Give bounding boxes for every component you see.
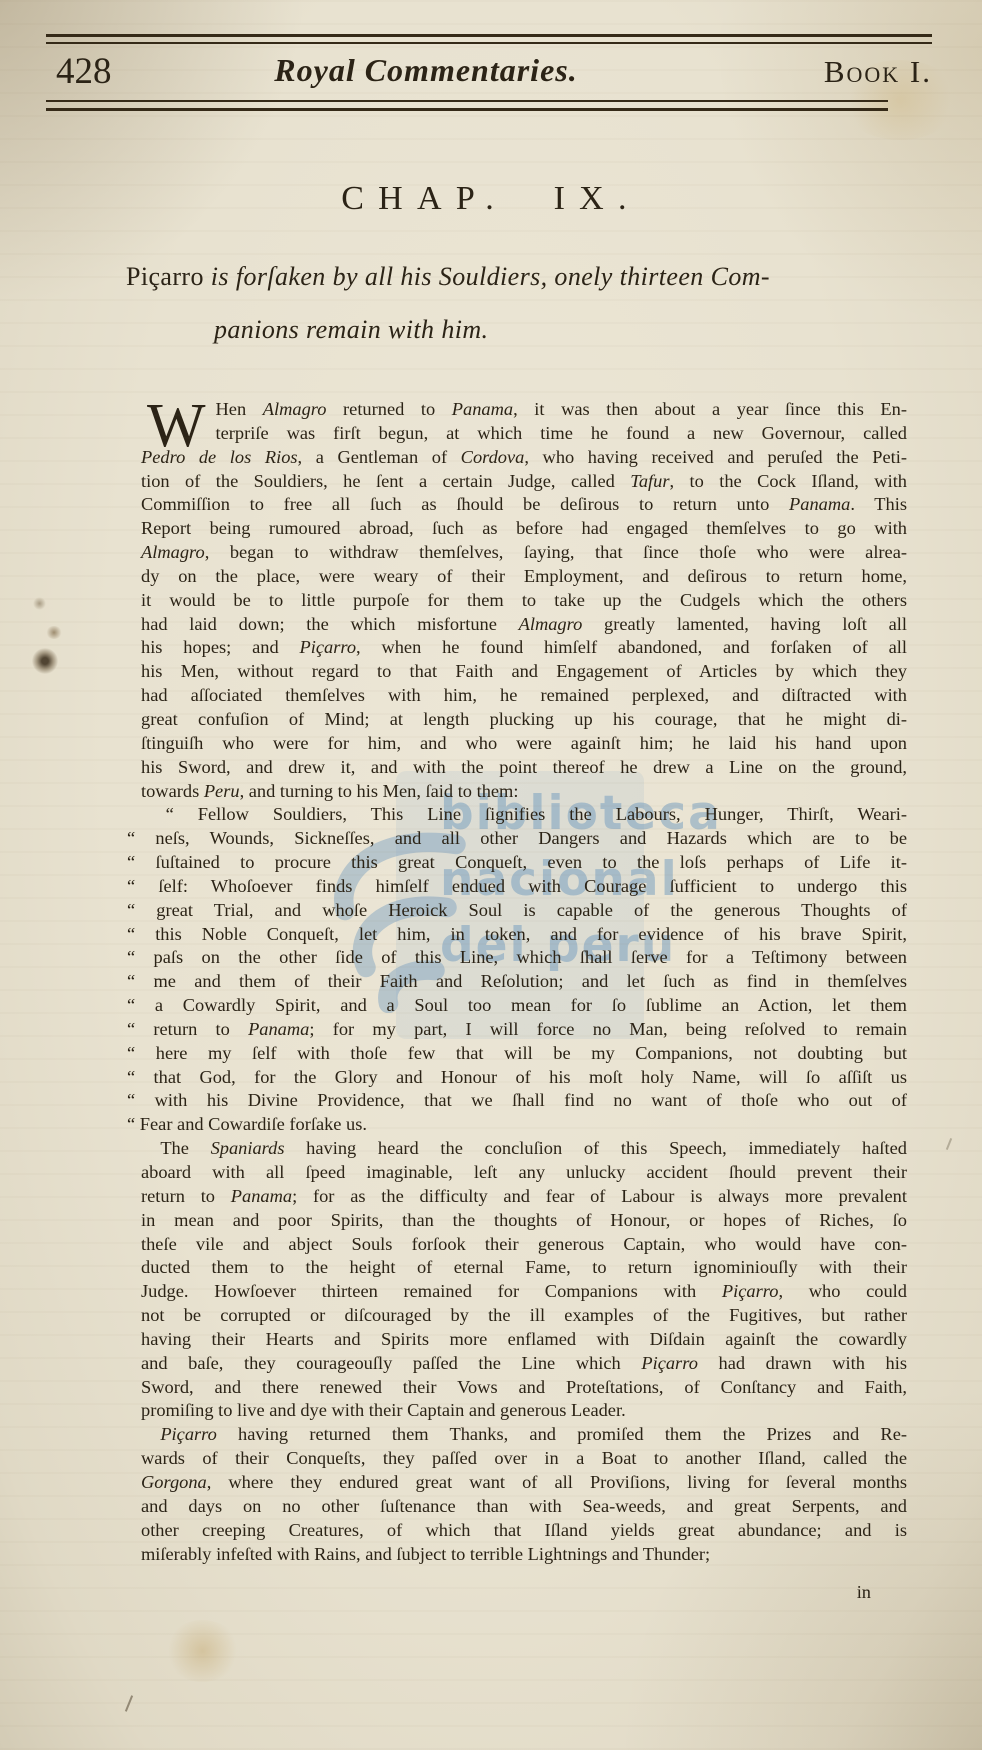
body-line: “ here my ſelf with thoſe few that will … [127,1042,907,1066]
body-line: his Sword, and drew it, and with the poi… [141,756,907,780]
body-line: Hen Almagro returned to Panama, it was t… [141,398,907,422]
body-text: WHen Almagro returned to Panama, it was … [141,398,907,1566]
body-line: “ this Noble Conqueſt, let him, in token… [127,923,907,947]
body-line: not be corrupted or diſcouraged by the i… [141,1304,907,1328]
body-line: “ Fear and Cowardiſe forſake us. [127,1113,907,1137]
ink-spot [33,597,46,610]
pen-scratch [125,1695,133,1712]
body-line: in mean and poor Spirits, than the thoug… [141,1209,907,1233]
body-line: ducted them to the height of eternal Fam… [141,1256,907,1280]
body-line: his Men, without regard to that Faith an… [141,660,907,684]
pen-scratch [946,1138,952,1150]
body-line: terpriſe was firſt begun, at which time … [141,422,907,446]
body-line: miſerably infeſted with Rains, and ſubje… [141,1543,907,1567]
body-line: “ with his Divine Providence, that we ſh… [127,1089,907,1113]
chapter-subtitle-line: panions remain with him. [214,315,488,345]
book-label: Book I. [824,54,932,90]
body-line: “ Fellow Souldiers, This Line ſignifies … [127,803,907,827]
chapter-subtitle-line: Piçarro is forſaken by all his Souldiers… [126,262,770,292]
body-line: “ a Cowardly Spirit, and a Soul too mean… [127,994,907,1018]
body-line: Piçarro having returned them Thanks, and… [141,1423,907,1447]
body-line: had aſſociated themſelves with him, he r… [141,684,907,708]
body-line: Sword, and there renewed their Vows and … [141,1376,907,1400]
body-line: towards Peru, and turning to his Men, ſa… [141,780,907,804]
chapter-heading: CHAP. IX. [0,180,982,218]
catchword: in [141,1582,907,1603]
body-line: Gorgona, where they endured great want o… [141,1471,907,1495]
running-title: Royal Commentaries. [0,52,852,89]
body-line: return to Panama; for as the difficulty … [141,1185,907,1209]
header-bottom-rule [46,100,888,102]
body-line: it would be to little purpoſe for them t… [141,589,907,613]
body-line: “ me and them of their Faith and Reſolut… [127,970,907,994]
body-line: his hopes; and Piçarro, when he found hi… [141,636,907,660]
body-line: Judge. Howſoever thirteen remained for C… [141,1280,907,1304]
body-line: Report being rumoured abroad, ſuch as be… [141,517,907,541]
ink-spot [46,626,62,639]
body-line: “ ſelf: Whoſoever finds himſelf endued w… [127,875,907,899]
header-top-rule-2 [46,42,932,44]
body-line: great confuſion of Mind; at length pluck… [141,708,907,732]
body-line: dy on the place, were weary of their Emp… [141,565,907,589]
body-line: other creeping Creatures, of which that … [141,1519,907,1543]
body-line: Commiſſion to free all ſuch as ſhould be… [141,493,907,517]
paper-stain [165,1620,240,1682]
body-line: had laid down; the which misfortune Alma… [141,613,907,637]
ink-spot [32,648,58,674]
body-line: “ return to Panama; for my part, I will … [127,1018,907,1042]
body-line: wards of their Conqueſts, they paſſed ov… [141,1447,907,1471]
body-line: Pedro de los Rios, a Gentleman of Cordov… [141,446,907,470]
body-line: and days on no other ſuſtenance than wit… [141,1495,907,1519]
body-line: theſe vile and abject Souls forſook thei… [141,1233,907,1257]
body-line: ſtinguiſh who were for him, and who were… [141,732,907,756]
body-line: “ neſs, Wounds, Sickneſſes, and all othe… [127,827,907,851]
book-page: biblioteca nacional del peru 428 Royal C… [0,0,982,1750]
body-line: Almagro, began to withdraw themſelves, ſ… [141,541,907,565]
drop-cap: W [147,399,206,444]
body-line: “ that God, for the Glory and Honour of … [127,1066,907,1090]
body-line: aboard with all ſpeed imaginable, leſt a… [141,1161,907,1185]
body-line: having their Hearts and Spirits more enf… [141,1328,907,1352]
body-line: The Spaniards having heard the concluſio… [141,1137,907,1161]
header-bottom-rule-2 [46,108,888,111]
body-line: promiſing to live and dye with their Cap… [141,1399,907,1423]
body-line: “ paſs on the other ſide of this Line, w… [127,946,907,970]
body-line: and baſe, they courageouſly paſſed the L… [141,1352,907,1376]
header-top-rule [46,34,932,37]
body-line: tion of the Souldiers, he ſent a certain… [141,470,907,494]
body-line: “ great Trial, and whoſe Heroick Soul is… [127,899,907,923]
body-line: “ ſuſtained to procure this great Conque… [127,851,907,875]
